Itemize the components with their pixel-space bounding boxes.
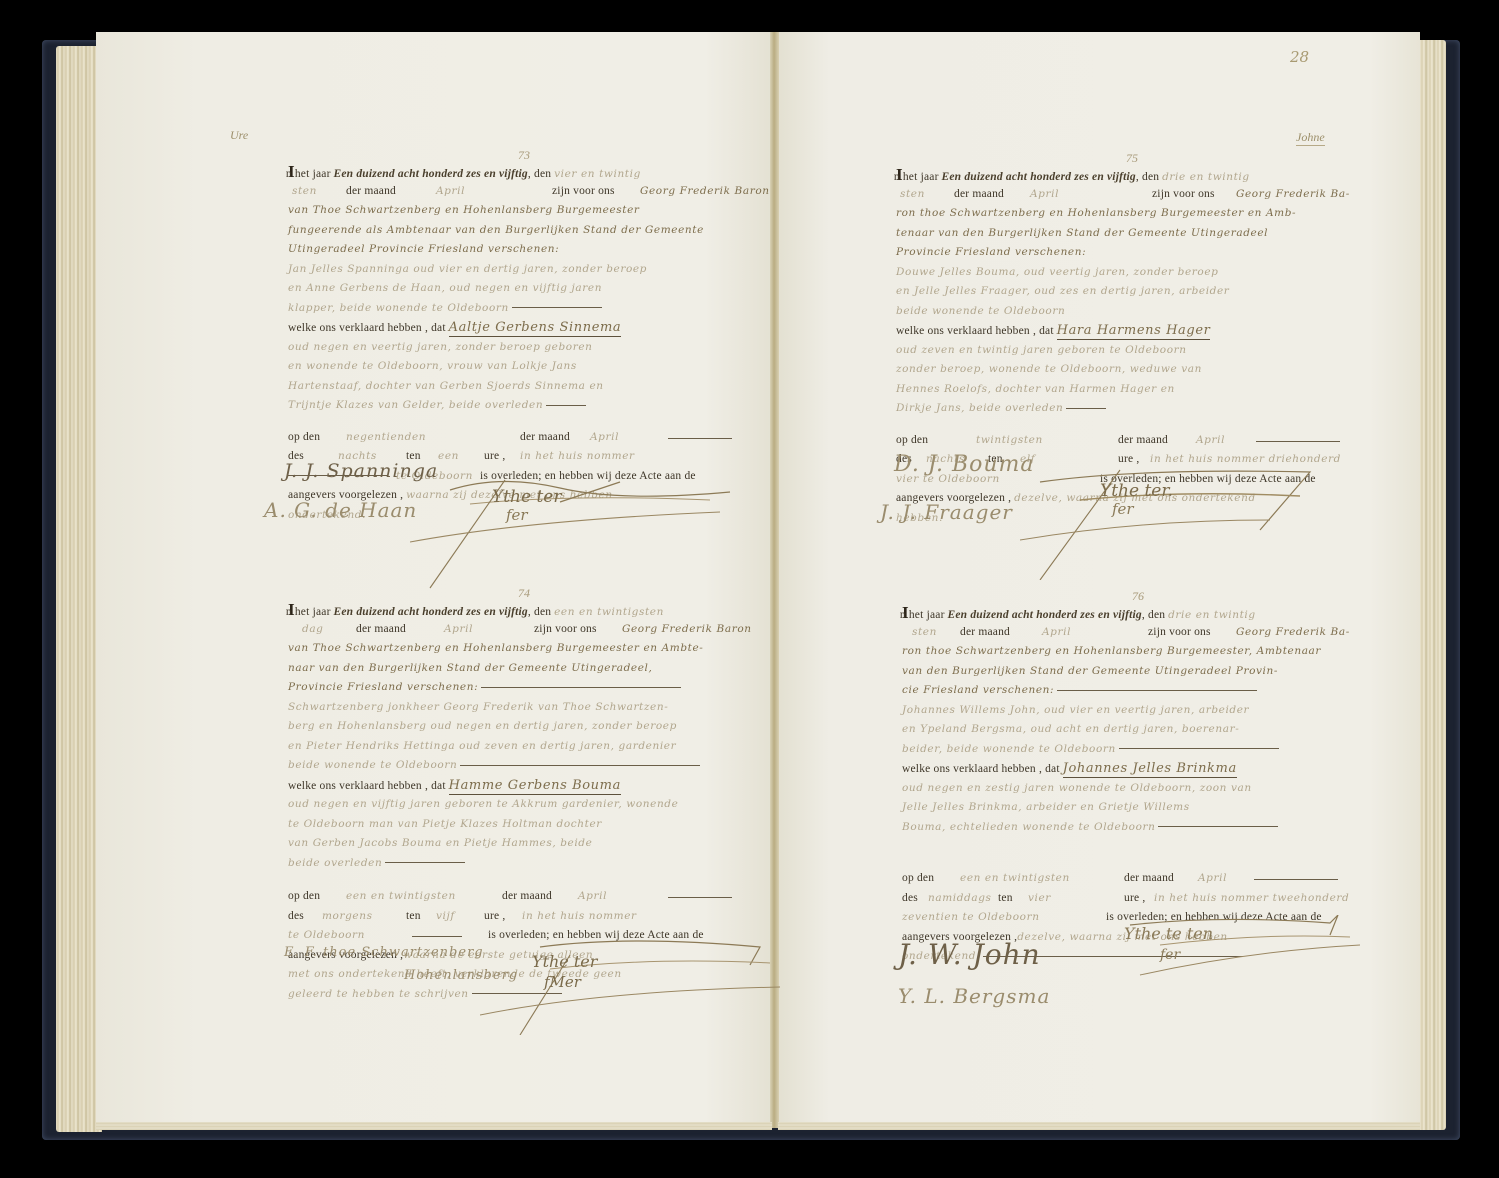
folio-number: 28 [1290,48,1309,66]
month-handwritten: April [436,182,465,202]
svg-text:Ythe ter.: Ythe ter. [1100,481,1173,501]
witness-signature-2: J. J. Fraager [880,500,1013,524]
day-handwritten: vier en twintig [554,168,641,180]
witness-signature-2: Y. L. Bergsma [898,984,1050,1008]
svg-text:fMer: fMer [543,973,582,991]
page-stack-bottom-right [778,1122,1420,1130]
svg-text:fer: fer [1111,500,1134,518]
left-margin-note: Ure [230,128,248,143]
witness-signature-2: A. G. de Haan [264,498,417,522]
page-stack-bottom-left [96,1122,772,1130]
right-margin-note: Johne [1296,130,1325,146]
official-signature-flourish: Ythe te ten fer [1110,915,1360,995]
death-act-76: 76 In het jaar Een duizend acht honderd … [902,603,1372,967]
deceased-name: Aaltje Gerbens Sinnema [449,320,622,337]
year-printed: Een duizend acht honderd zes en vijftig [334,168,528,180]
act-number: 75 [1126,151,1138,166]
svg-text:Ythe te ten: Ythe te ten [1124,924,1213,943]
deceased-name: Hamme Gerbens Bouma [449,778,621,795]
svg-text:fer: fer [1159,947,1181,963]
witness-signature-1: D. J. Bouma [894,452,1035,477]
svg-text:fer: fer [505,506,528,524]
deceased-name: Johannes Jelles Brinkma [1063,761,1237,778]
witness-signature-1: J. W. John [898,938,1041,971]
act-number: 73 [518,148,530,163]
official-signature-flourish: Ythe ter fMer [480,935,780,1035]
official-signature-flourish: Ythe ter. fer [1020,460,1320,580]
svg-text:Ythe ter: Ythe ter [492,487,562,507]
official-signature-flourish: Ythe ter fer [410,470,740,590]
act-number: 74 [518,586,530,601]
witness-signature-1: E. F. thoe Schwartzenberg [284,945,484,960]
svg-text:Ythe ter: Ythe ter [532,952,599,971]
act-number: 76 [1132,589,1144,604]
deceased-name: Hara Harmens Hager [1057,323,1211,340]
